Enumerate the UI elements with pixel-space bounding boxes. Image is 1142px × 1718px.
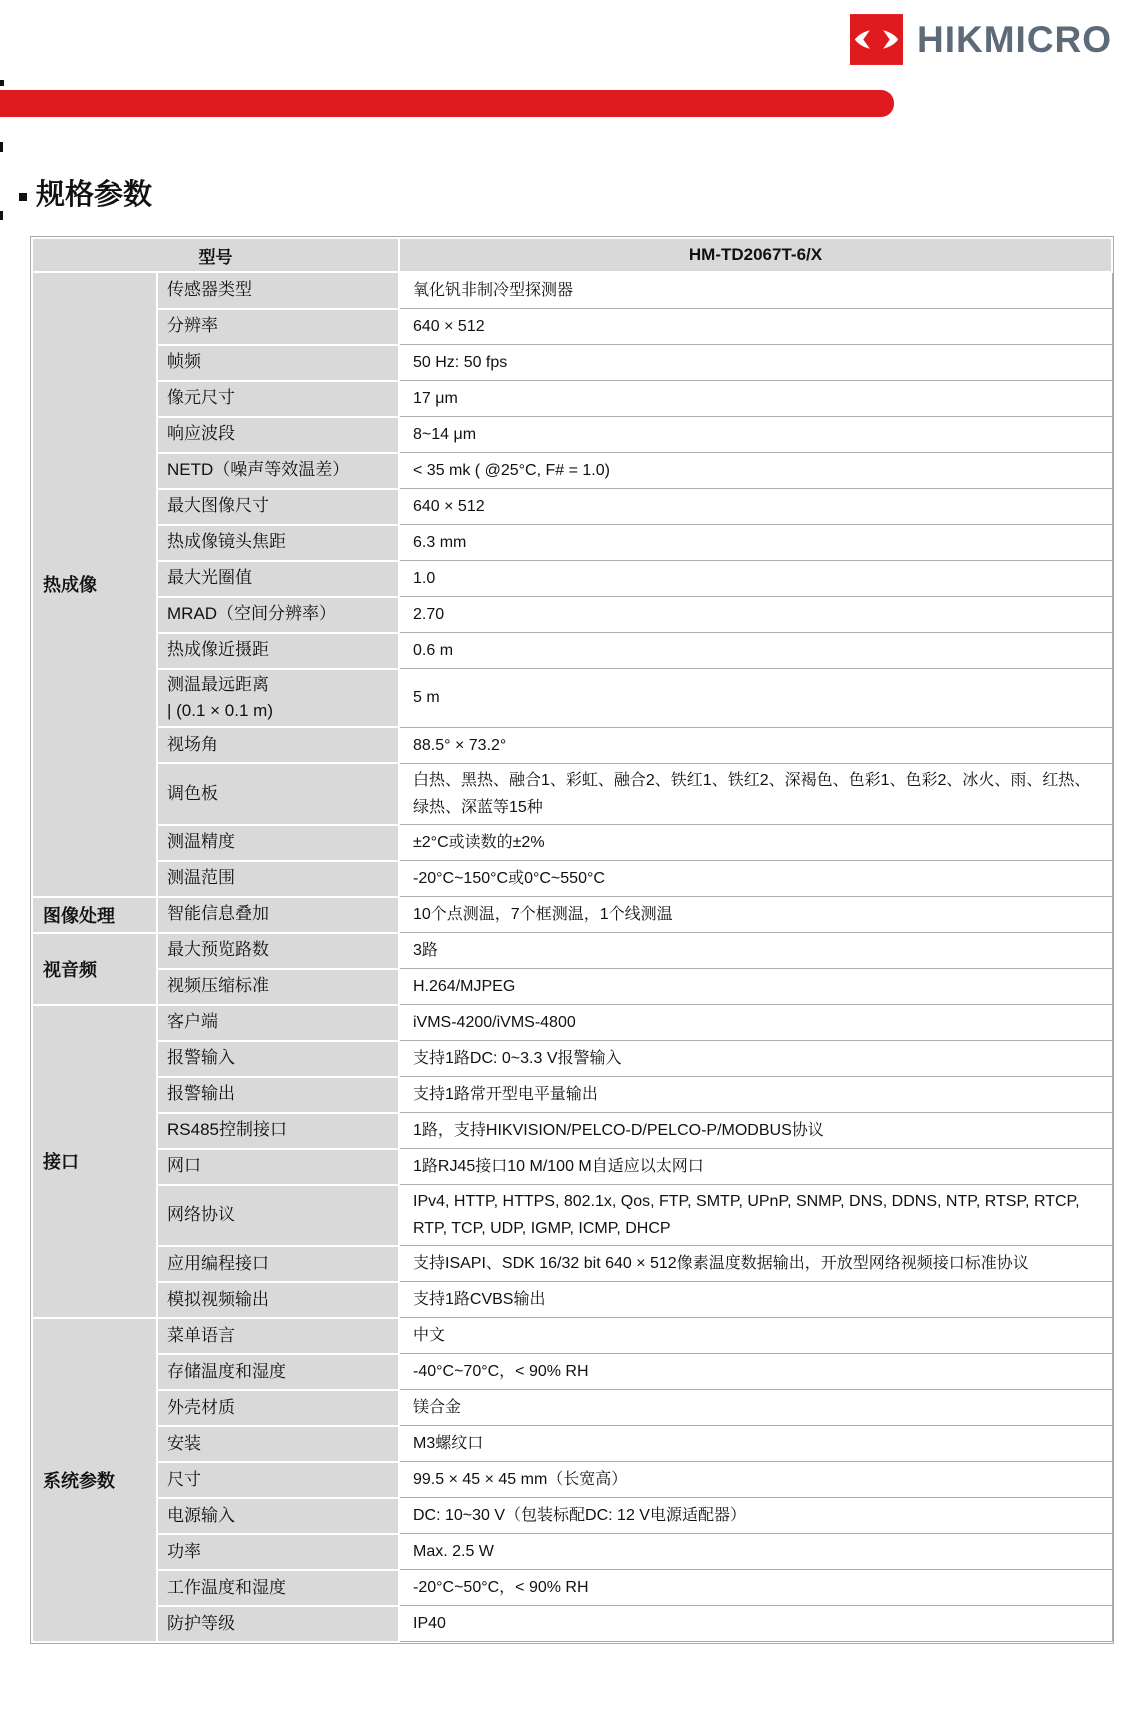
value-cell: Max. 2.5 W — [399, 1534, 1112, 1570]
value-cell: IP40 — [399, 1606, 1112, 1642]
table-row: 安装M3螺纹口 — [32, 1426, 1112, 1462]
value-cell: < 35 mk ( @25°C, F# = 1.0) — [399, 453, 1112, 489]
table-row: 网口1路RJ45接口10 M/100 M自适应以太网口 — [32, 1149, 1112, 1185]
param-cell: 电源输入 — [157, 1498, 399, 1534]
value-cell: 支持1路CVBS输出 — [399, 1282, 1112, 1318]
model-number: HM-TD2067T-6/X — [399, 238, 1112, 272]
value-cell: 氧化钒非制冷型探测器 — [399, 272, 1112, 309]
value-cell: 1路，支持HIKVISION/PELCO-D/PELCO-P/MODBUS协议 — [399, 1113, 1112, 1149]
param-cell: 视频压缩标准 — [157, 969, 399, 1005]
table-row: 测温精度±2°C或读数的±2% — [32, 825, 1112, 861]
param-cell: 存储温度和湿度 — [157, 1354, 399, 1390]
table-row: 工作温度和湿度-20°C~50°C，< 90% RH — [32, 1570, 1112, 1606]
title-bullet — [19, 193, 27, 201]
value-cell: 支持1路DC: 0~3.3 V报警输入 — [399, 1041, 1112, 1077]
value-cell: 10个点测温，7个框测温，1个线测温 — [399, 897, 1112, 933]
table-row: 帧频50 Hz: 50 fps — [32, 345, 1112, 381]
model-header-label: 型号 — [32, 238, 399, 272]
category-cell: 系统参数 — [32, 1318, 157, 1642]
table-row: 分辨率640 × 512 — [32, 309, 1112, 345]
param-cell: MRAD（空间分辨率） — [157, 597, 399, 633]
param-cell: 最大预览路数 — [157, 933, 399, 969]
value-cell: 镁合金 — [399, 1390, 1112, 1426]
value-cell: 1路RJ45接口10 M/100 M自适应以太网口 — [399, 1149, 1112, 1185]
table-row: 像元尺寸17 μm — [32, 381, 1112, 417]
value-cell: DC: 10~30 V（包装标配DC: 12 V电源适配器） — [399, 1498, 1112, 1534]
value-cell: 支持ISAPI、SDK 16/32 bit 640 × 512像素温度数据输出，… — [399, 1246, 1112, 1282]
param-cell: 测温最远距离 | (0.1 × 0.1 m) — [157, 669, 399, 728]
param-cell: 测温精度 — [157, 825, 399, 861]
param-cell: 热成像近摄距 — [157, 633, 399, 669]
param-cell: 菜单语言 — [157, 1318, 399, 1354]
param-cell: 防护等级 — [157, 1606, 399, 1642]
param-cell: 传感器类型 — [157, 272, 399, 309]
value-cell: 2.70 — [399, 597, 1112, 633]
table-row: 图像处理智能信息叠加10个点测温，7个框测温，1个线测温 — [32, 897, 1112, 933]
param-cell: 报警输入 — [157, 1041, 399, 1077]
table-row: MRAD（空间分辨率）2.70 — [32, 597, 1112, 633]
value-cell: M3螺纹口 — [399, 1426, 1112, 1462]
category-cell: 接口 — [32, 1005, 157, 1318]
table-row: RS485控制接口1路，支持HIKVISION/PELCO-D/PELCO-P/… — [32, 1113, 1112, 1149]
value-cell: 640 × 512 — [399, 489, 1112, 525]
param-cell: 安装 — [157, 1426, 399, 1462]
value-cell: 99.5 × 45 × 45 mm（长宽高） — [399, 1462, 1112, 1498]
value-cell: 1.0 — [399, 561, 1112, 597]
param-cell: 尺寸 — [157, 1462, 399, 1498]
param-cell: 外壳材质 — [157, 1390, 399, 1426]
param-cell: 最大图像尺寸 — [157, 489, 399, 525]
brand-wordmark: HIKMICRO — [917, 21, 1112, 58]
table-row: 报警输入支持1路DC: 0~3.3 V报警输入 — [32, 1041, 1112, 1077]
value-cell: 5 m — [399, 669, 1112, 728]
value-cell: 中文 — [399, 1318, 1112, 1354]
hikmicro-eye-icon — [850, 14, 903, 65]
param-cell: 网口 — [157, 1149, 399, 1185]
param-cell: 网络协议 — [157, 1185, 399, 1246]
page-edge-mark — [0, 80, 4, 86]
table-row: 接口客户端iVMS-4200/iVMS-4800 — [32, 1005, 1112, 1041]
table-row: 模拟视频输出支持1路CVBS输出 — [32, 1282, 1112, 1318]
table-row: 功率Max. 2.5 W — [32, 1534, 1112, 1570]
param-cell: 功率 — [157, 1534, 399, 1570]
value-cell: H.264/MJPEG — [399, 969, 1112, 1005]
param-cell: 工作温度和湿度 — [157, 1570, 399, 1606]
table-row: 最大图像尺寸640 × 512 — [32, 489, 1112, 525]
param-cell: 应用编程接口 — [157, 1246, 399, 1282]
param-cell: 最大光圈值 — [157, 561, 399, 597]
table-row: 视音频最大预览路数3路 — [32, 933, 1112, 969]
table-row: 报警输出支持1路常开型电平量输出 — [32, 1077, 1112, 1113]
spec-table-wrap: 型号 HM-TD2067T-6/X 热成像传感器类型氧化钒非制冷型探测器分辨率6… — [30, 236, 1114, 1644]
value-cell: 支持1路常开型电平量输出 — [399, 1077, 1112, 1113]
param-cell: 像元尺寸 — [157, 381, 399, 417]
table-row: 视场角88.5° × 73.2° — [32, 727, 1112, 763]
table-row: 测温范围-20°C~150°C或0°C~550°C — [32, 861, 1112, 897]
category-cell: 热成像 — [32, 272, 157, 897]
param-cell: 测温范围 — [157, 861, 399, 897]
value-cell: -20°C~50°C，< 90% RH — [399, 1570, 1112, 1606]
value-cell: 640 × 512 — [399, 309, 1112, 345]
param-cell: 视场角 — [157, 727, 399, 763]
param-cell: NETD（噪声等效温差） — [157, 453, 399, 489]
table-row: 调色板白热、黑热、融合1、彩虹、融合2、铁红1、铁红2、深褐色、色彩1、色彩2、… — [32, 763, 1112, 824]
table-row: 测温最远距离 | (0.1 × 0.1 m)5 m — [32, 669, 1112, 728]
value-cell: 6.3 mm — [399, 525, 1112, 561]
param-cell: 报警输出 — [157, 1077, 399, 1113]
section-title-row: 规格参数 — [19, 180, 152, 212]
param-cell: 智能信息叠加 — [157, 897, 399, 933]
param-cell: 响应波段 — [157, 417, 399, 453]
brand-logo: HIKMICRO — [850, 14, 1112, 65]
page-edge-mark — [0, 211, 3, 220]
table-row: 外壳材质镁合金 — [32, 1390, 1112, 1426]
value-cell: 白热、黑热、融合1、彩虹、融合2、铁红1、铁红2、深褐色、色彩1、色彩2、冰火、… — [399, 763, 1112, 824]
table-row: NETD（噪声等效温差）< 35 mk ( @25°C, F# = 1.0) — [32, 453, 1112, 489]
value-cell: 8~14 μm — [399, 417, 1112, 453]
value-cell: 3路 — [399, 933, 1112, 969]
table-row: 网络协议IPv4, HTTP, HTTPS, 802.1x, Qos, FTP,… — [32, 1185, 1112, 1246]
table-row: 电源输入DC: 10~30 V（包装标配DC: 12 V电源适配器） — [32, 1498, 1112, 1534]
value-cell: 88.5° × 73.2° — [399, 727, 1112, 763]
table-row: 响应波段8~14 μm — [32, 417, 1112, 453]
param-cell: 热成像镜头焦距 — [157, 525, 399, 561]
spec-table-body: 型号 HM-TD2067T-6/X 热成像传感器类型氧化钒非制冷型探测器分辨率6… — [32, 238, 1112, 1642]
table-row: 存储温度和湿度-40°C~70°C，< 90% RH — [32, 1354, 1112, 1390]
page-edge-mark — [0, 142, 3, 152]
category-cell: 视音频 — [32, 933, 157, 1005]
table-header-row: 型号 HM-TD2067T-6/X — [32, 238, 1112, 272]
value-cell: IPv4, HTTP, HTTPS, 802.1x, Qos, FTP, SMT… — [399, 1185, 1112, 1246]
param-cell: 帧频 — [157, 345, 399, 381]
param-cell: 分辨率 — [157, 309, 399, 345]
value-cell: 50 Hz: 50 fps — [399, 345, 1112, 381]
table-row: 尺寸99.5 × 45 × 45 mm（长宽高） — [32, 1462, 1112, 1498]
page-title: 规格参数 — [36, 180, 152, 212]
value-cell: -20°C~150°C或0°C~550°C — [399, 861, 1112, 897]
spec-sheet-page: HIKMICRO 规格参数 型号 HM-TD2067T-6/X 热成像传感器类型… — [0, 0, 1142, 1718]
value-cell: iVMS-4200/iVMS-4800 — [399, 1005, 1112, 1041]
table-row: 热成像镜头焦距6.3 mm — [32, 525, 1112, 561]
param-cell: 模拟视频输出 — [157, 1282, 399, 1318]
table-row: 视频压缩标准H.264/MJPEG — [32, 969, 1112, 1005]
spec-table: 型号 HM-TD2067T-6/X 热成像传感器类型氧化钒非制冷型探测器分辨率6… — [31, 237, 1113, 1643]
value-cell: 0.6 m — [399, 633, 1112, 669]
red-accent-bar — [0, 90, 894, 117]
table-row: 应用编程接口支持ISAPI、SDK 16/32 bit 640 × 512像素温… — [32, 1246, 1112, 1282]
table-row: 热成像近摄距0.6 m — [32, 633, 1112, 669]
table-row: 最大光圈值1.0 — [32, 561, 1112, 597]
param-cell: RS485控制接口 — [157, 1113, 399, 1149]
table-row: 防护等级IP40 — [32, 1606, 1112, 1642]
value-cell: 17 μm — [399, 381, 1112, 417]
param-cell: 调色板 — [157, 763, 399, 824]
param-cell: 客户端 — [157, 1005, 399, 1041]
table-row: 热成像传感器类型氧化钒非制冷型探测器 — [32, 272, 1112, 309]
category-cell: 图像处理 — [32, 897, 157, 933]
value-cell: ±2°C或读数的±2% — [399, 825, 1112, 861]
value-cell: -40°C~70°C，< 90% RH — [399, 1354, 1112, 1390]
table-row: 系统参数菜单语言中文 — [32, 1318, 1112, 1354]
